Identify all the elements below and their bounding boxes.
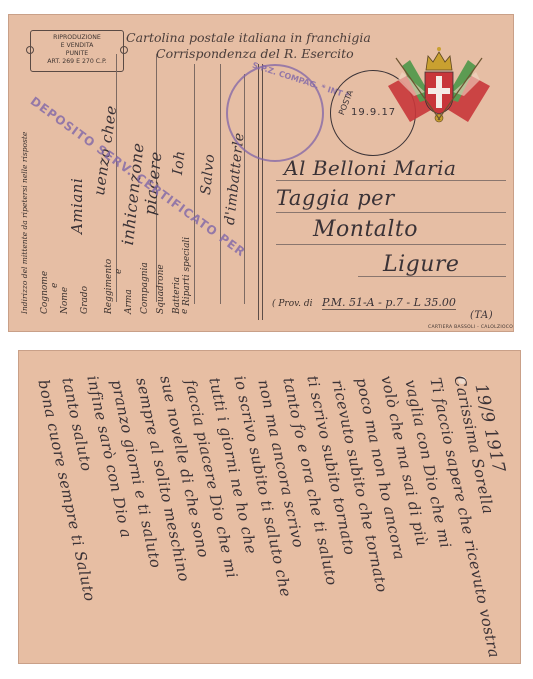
address-rule xyxy=(276,180,506,181)
address-rule xyxy=(276,244,506,245)
province-line: ( Prov. di P.M. 51-A - p.7 - L 35.00 xyxy=(272,296,456,309)
label-cognome: Cognome xyxy=(40,271,50,314)
label-squadrone: Squadrone xyxy=(156,264,166,314)
address-province: Ligure xyxy=(383,252,459,277)
handwriting-squadrone: Salvo xyxy=(198,153,218,196)
printer-imprint: CARTIERA BASSOLI - CALOLZIOCO xyxy=(428,325,513,330)
label-e: e xyxy=(50,283,60,288)
postcard-back: 19/9 1917 Carissima SorellaTi faccio sap… xyxy=(18,350,521,664)
sender-rule xyxy=(116,54,117,302)
notice-line: E VENDITA xyxy=(31,42,123,50)
province-note: (TA) xyxy=(470,310,493,321)
sender-heading: Indirizzo del mittente da ripetersi nell… xyxy=(20,132,29,314)
address-city: Montalto xyxy=(313,217,418,242)
card-subtitle: Corrispondenza del R. Esercito xyxy=(156,46,354,61)
handwriting-cognome: Amiani xyxy=(68,178,86,234)
reproduction-notice: RIPRODUZIONE E VENDITA PUNITE ART. 269 E… xyxy=(30,30,124,72)
label-e: e xyxy=(180,309,190,314)
province-handwriting: P.M. 51-A - p.7 - L 35.00 xyxy=(322,296,456,310)
sender-rule xyxy=(220,64,221,304)
address-line-2: Taggia per xyxy=(276,186,395,210)
card-title: Cartolina postale italiana in franchigia xyxy=(126,30,371,45)
label-riparti: Riparti speciali xyxy=(182,237,192,306)
sender-rule xyxy=(194,64,195,304)
notice-line: ART. 269 E 270 C.P. xyxy=(31,58,123,66)
province-label: ( Prov. di xyxy=(272,299,313,309)
address-rule xyxy=(276,212,506,213)
address-recipient: Al Belloni Maria xyxy=(284,156,456,180)
notice-line: PUNITE xyxy=(31,50,123,58)
savoy-flag-emblem xyxy=(380,36,498,136)
unit-stamp: S.P.Z. COMPAG. * INT * xyxy=(226,64,324,162)
label-compagnia: Compagnia xyxy=(140,262,150,314)
label-arma: Arma xyxy=(124,289,134,314)
notice-line: RIPRODUZIONE xyxy=(31,34,123,42)
postcard-front: RIPRODUZIONE E VENDITA PUNITE ART. 269 E… xyxy=(8,14,514,332)
label-grado: Grado xyxy=(80,286,90,314)
handwriting-compagnia: Ioh xyxy=(170,150,188,176)
label-reggimento: Reggimento xyxy=(104,259,114,314)
label-nome: Nome xyxy=(60,287,70,314)
label-e: e xyxy=(114,269,124,274)
